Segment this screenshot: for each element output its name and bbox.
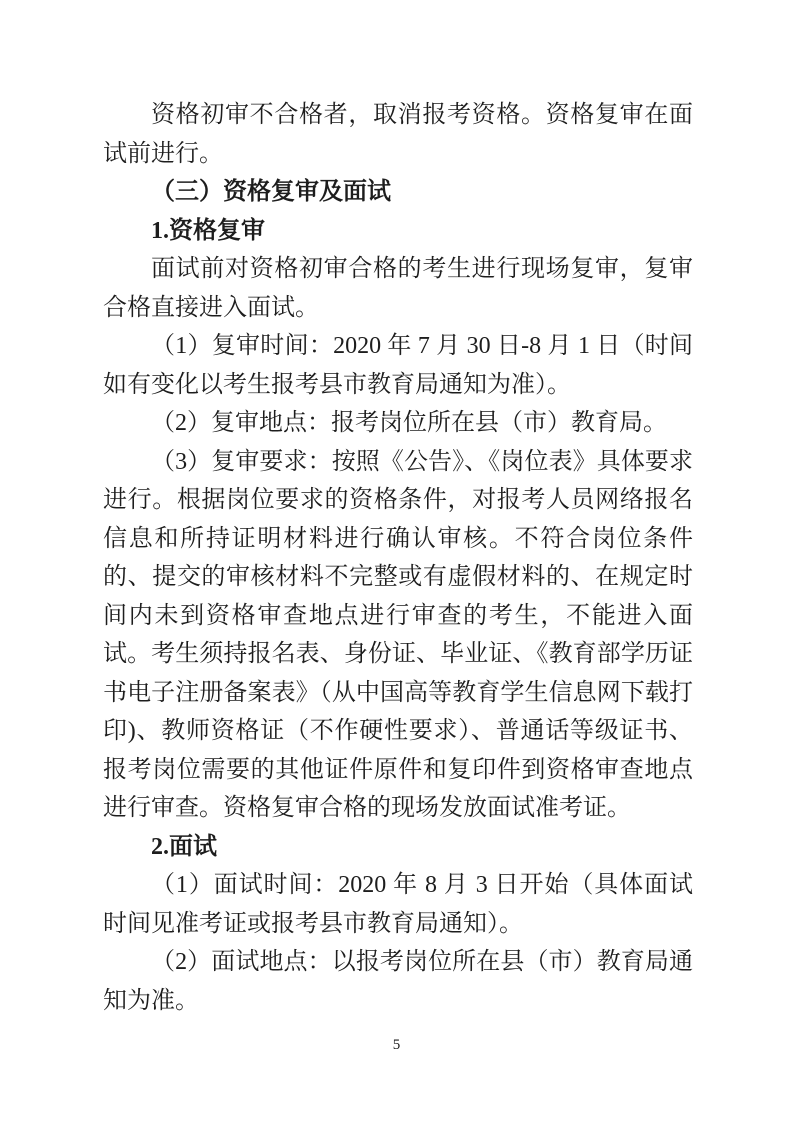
para-initial-review-result: 资格初审不合格者，取消报考资格。资格复审在面试前进行。 [103,96,693,173]
document-page: 资格初审不合格者，取消报考资格。资格复审在面试前进行。 （三）资格复审及面试 1… [0,0,793,1122]
para-interview-time: （1）面试时间：2020 年 8 月 3 日开始（具体面试时间见准考证或报考县市… [103,866,693,943]
page-number: 5 [0,1036,793,1054]
para-interview-location: （2）面试地点：以报考岗位所在县（市）教育局通知为准。 [103,943,693,1020]
para-requalification-intro: 面试前对资格初审合格的考生进行现场复审，复审合格直接进入面试。 [103,250,693,327]
heading-1-requalification-review: 1.资格复审 [103,212,693,251]
heading-2-interview: 2.面试 [103,828,693,867]
heading-section-3-requalification-and-interview: （三）资格复审及面试 [103,173,693,212]
document-body: 资格初审不合格者，取消报考资格。资格复审在面试前进行。 （三）资格复审及面试 1… [103,96,693,1020]
para-review-location: （2）复审地点：报考岗位所在县（市）教育局。 [103,404,693,443]
para-review-time: （1）复审时间：2020 年 7 月 30 日-8 月 1 日（时间如有变化以考… [103,327,693,404]
para-review-requirements: （3）复审要求：按照《公告》、《岗位表》具体要求进行。根据岗位要求的资格条件，对… [103,443,693,828]
